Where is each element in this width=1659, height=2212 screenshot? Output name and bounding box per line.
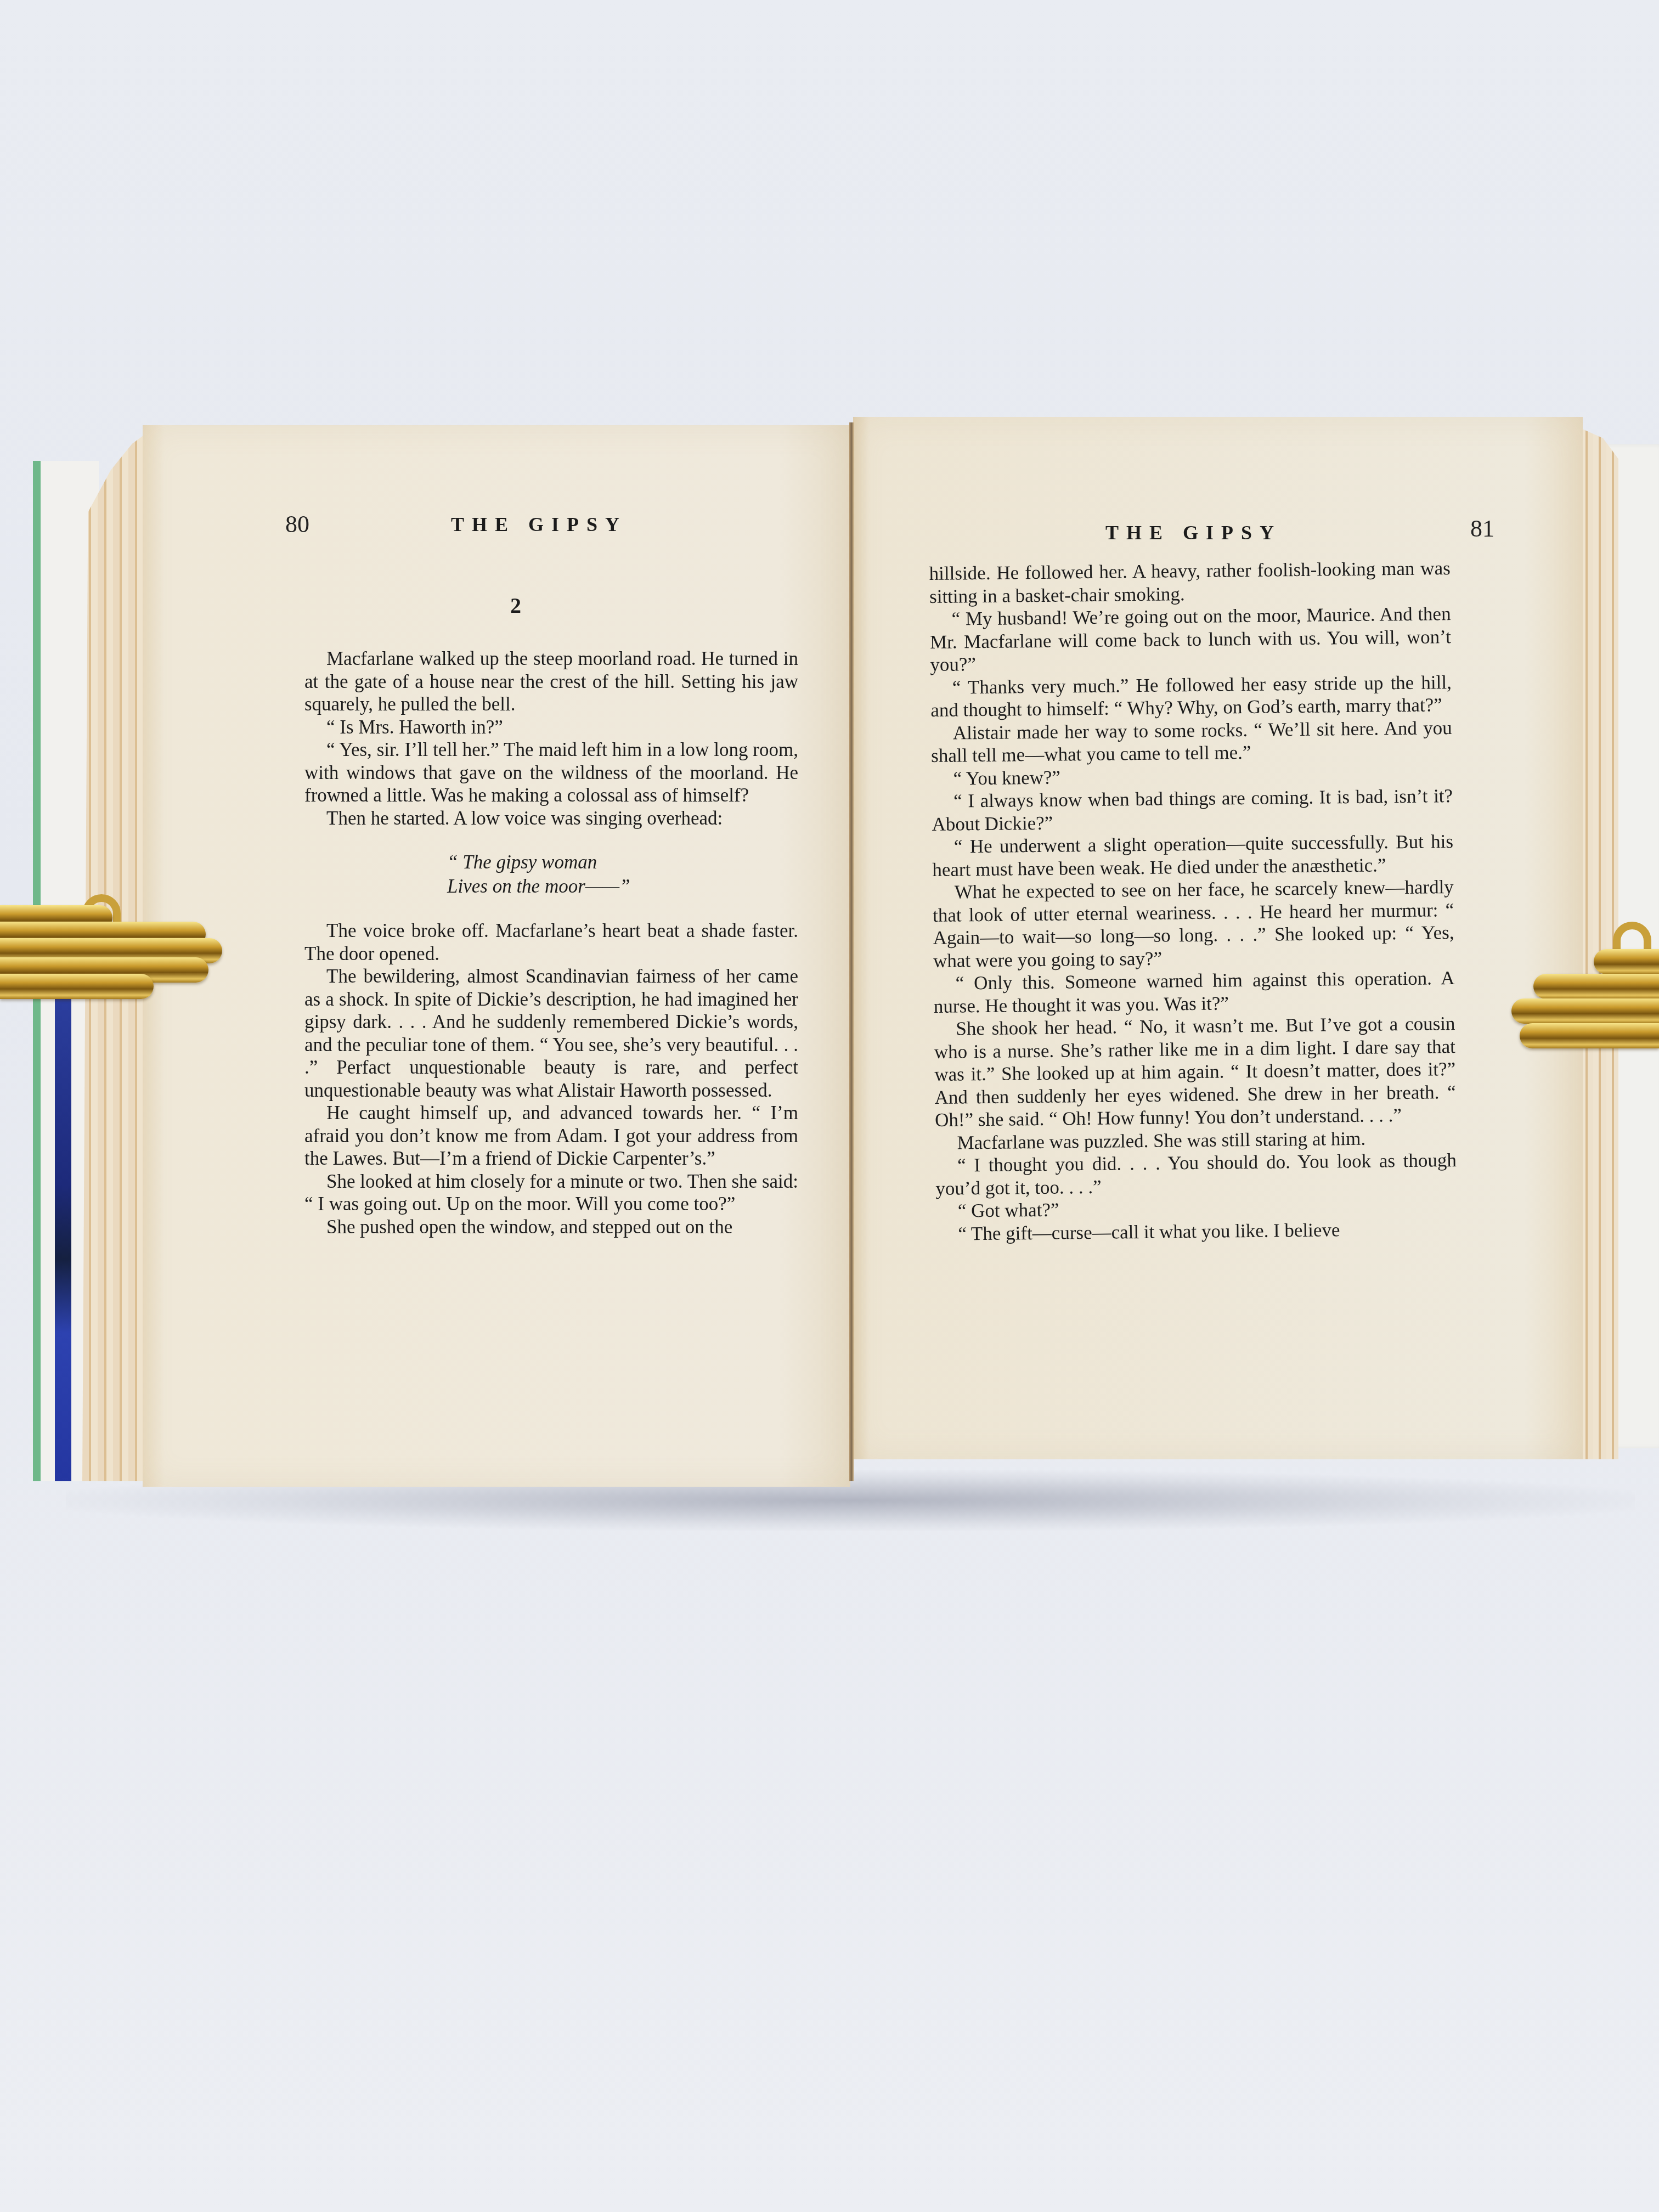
right-brass-hand-clip[interactable] [1492,933,1659,1053]
clip-finger [0,974,154,999]
section-number: 2 [510,592,521,618]
paragraph: “ My husband! We’re going out on the moo… [929,602,1451,676]
paragraph: The bewildering, almost Scandinavian fai… [304,965,798,1102]
paragraph: “ I always know when bad things are comi… [932,785,1453,836]
paragraph: “ Is Mrs. Haworth in?” [304,716,798,739]
right-page-number: 81 [1470,515,1494,543]
paragraph: She pushed open the window, and stepped … [304,1216,798,1239]
left-cover-blue-stripe [55,988,71,1481]
verse-line: “ The gipsy woman [447,850,798,874]
clip-finger [1511,998,1659,1024]
clip-finger [1520,1023,1659,1048]
paragraph: Then he started. A low voice was singing… [304,807,798,830]
paragraph: Alistair made her way to some rocks. “ W… [931,716,1453,768]
paragraph: “ I thought you did. . . . You should do… [935,1149,1457,1200]
paragraph: What he expected to see on her face, he … [933,876,1455,972]
clip-finger [1533,974,1659,999]
left-running-head: THE GIPSY [451,513,627,536]
paragraph: The voice broke off. Macfarlane’s heart … [304,919,798,965]
paragraph: She looked at him closely for a minute o… [304,1170,798,1216]
clip-finger [1594,949,1659,974]
paragraph: “ Only this. Someone warned him against … [933,967,1455,1018]
left-page-number: 80 [285,510,309,538]
right-page-text: hillside. He followed her. A heavy, rath… [929,557,1458,1245]
paragraph: hillside. He followed her. A heavy, rath… [929,557,1451,608]
song-verse: “ The gipsy woman Lives on the moor——” [304,850,798,899]
verse-line: Lives on the moor——” [447,874,798,899]
left-brass-hand-clip[interactable] [0,883,230,1004]
left-page-text: Macfarlane walked up the steep moorland … [304,647,798,1238]
paragraph: Macfarlane walked up the steep moorland … [304,647,798,716]
right-running-head: THE GIPSY [1105,521,1282,544]
book-gutter [849,422,854,1481]
paragraph: He caught himself up, and advanced towar… [304,1102,798,1170]
paragraph: “ Thanks very much.” He followed her eas… [930,671,1452,722]
paragraph: She shook her head. “ No, it wasn’t me. … [934,1012,1456,1131]
paragraph: “ Yes, sir. I’ll tell her.” The maid lef… [304,738,798,807]
paragraph: “ He underwent a slight operation—quite … [932,830,1454,881]
